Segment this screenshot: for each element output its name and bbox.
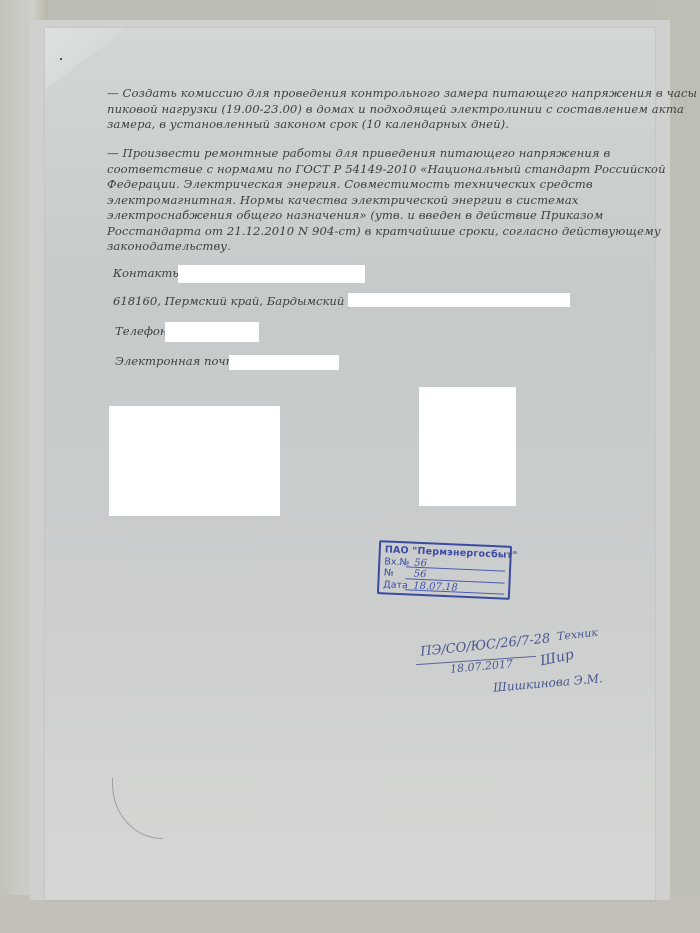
fold-mark xyxy=(60,58,62,60)
paragraph-line: электромагнитная. Нормы качества электри… xyxy=(107,193,607,209)
email-label: Электронная почта: xyxy=(115,354,247,368)
stamp-number-label: № xyxy=(384,567,394,578)
contacts-label: Контакты: xyxy=(113,266,186,280)
paragraph-line: — Создать комиссию для проведения контро… xyxy=(107,86,607,102)
paragraph-line: — Произвести ремонтные работы для привед… xyxy=(107,146,607,162)
paragraph-line: Росстандарта от 21.12.2010 N 904-ст) в к… xyxy=(107,224,607,240)
address-value-redaction xyxy=(348,293,570,307)
paragraph-repair-request: — Произвести ремонтные работы для привед… xyxy=(107,146,607,255)
email-value-redaction xyxy=(229,355,339,370)
paragraph-line: законодательству. xyxy=(107,239,607,255)
contacts-value-redaction xyxy=(178,265,365,283)
paragraph-line: соответствие с нормами по ГОСТ Р 54149-2… xyxy=(107,162,607,178)
paragraph-line: пиковой нагрузки (19.00-23.00) в домах и… xyxy=(107,102,607,118)
paragraph-line: Федерации. Электрическая энергия. Совмес… xyxy=(107,177,607,193)
address-label: 618160, Пермский край, Бардымский район, xyxy=(113,294,388,308)
paragraph-commission-request: — Создать комиссию для проведения контро… xyxy=(107,86,607,133)
signature-block-right-redaction xyxy=(419,387,516,506)
signature-block-left-redaction xyxy=(109,406,280,516)
paragraph-line: электроснабжения общего назначения» (утв… xyxy=(107,208,607,224)
phone-value-redaction xyxy=(165,322,259,342)
background-surface-bottom xyxy=(0,895,700,933)
folded-corner xyxy=(45,28,127,90)
phone-label: Телефон: xyxy=(115,324,171,338)
paragraph-line: замера, в установленный законом срок (10… xyxy=(107,117,607,133)
incoming-registration-stamp: ПАО "Пермэнергосбыт" Вх.№ 56 № 56 Дата 1… xyxy=(377,540,512,600)
